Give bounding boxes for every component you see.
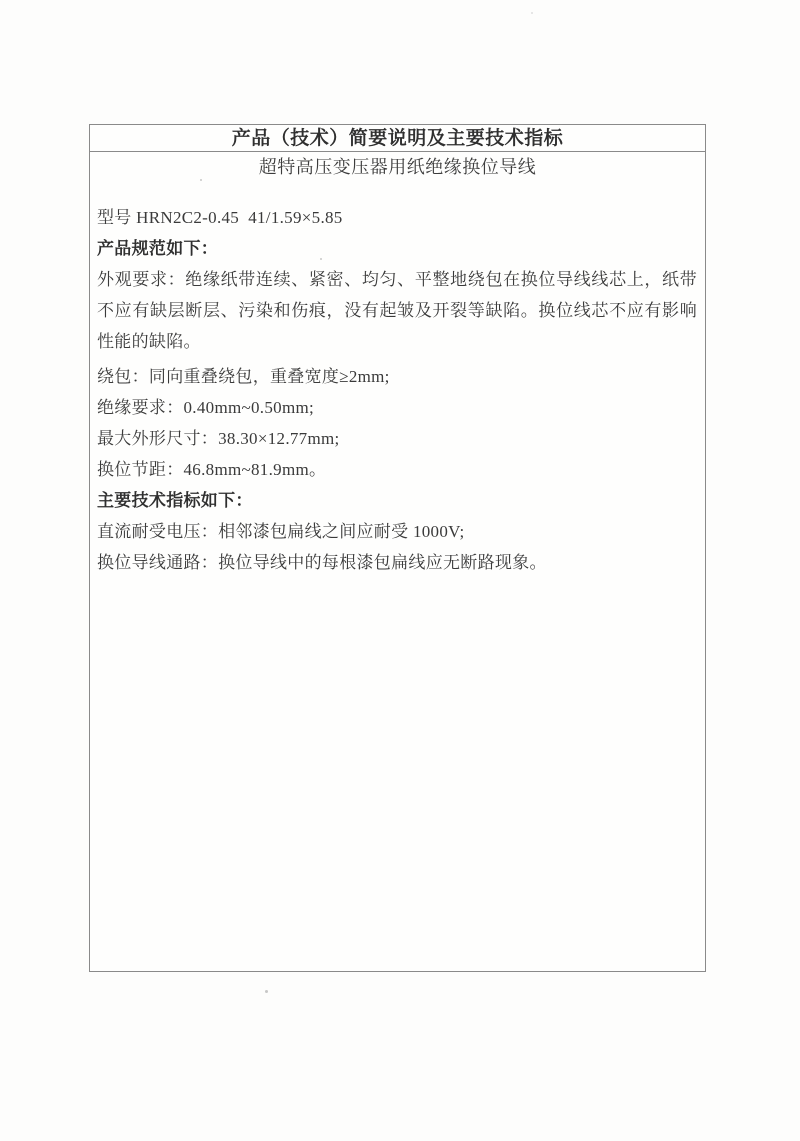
scan-speck <box>265 990 268 993</box>
spec-insulation-requirement: 绝缘要求：0.40mm~0.50mm; <box>97 392 697 423</box>
index-dc-withstand-voltage: 直流耐受电压：相邻漆包扁线之间应耐受 1000V; <box>97 516 697 547</box>
scanned-page: 产品（技术）简要说明及主要技术指标 超特高压变压器用纸绝缘换位导线 型号 HRN… <box>0 0 800 1141</box>
document-subtitle: 超特高压变压器用纸绝缘换位导线 <box>90 154 705 178</box>
section-heading-tech-index: 主要技术指标如下： <box>97 485 697 516</box>
model-line: 型号 HRN2C2-0.45 41/1.59×5.85 <box>97 202 697 233</box>
document-frame: 产品（技术）简要说明及主要技术指标 超特高压变压器用纸绝缘换位导线 型号 HRN… <box>89 124 706 972</box>
document-title-row: 产品（技术）简要说明及主要技术指标 <box>90 125 705 152</box>
section-heading-product-spec: 产品规范如下： <box>97 233 697 264</box>
spec-transposition-pitch: 换位节距：46.8mm~81.9mm。 <box>97 454 697 485</box>
document-body: 型号 HRN2C2-0.45 41/1.59×5.85 产品规范如下： 外观要求… <box>90 178 705 578</box>
scan-speck <box>200 179 202 181</box>
scan-speck <box>531 12 533 14</box>
spec-appearance-requirement: 外观要求：绝缘纸带连续、紧密、均匀、平整地绕包在换位导线线芯上，纸带不应有缺层断… <box>97 264 697 357</box>
spec-wrapping: 绕包：同向重叠绕包，重叠宽度≥2mm; <box>97 361 697 392</box>
document-title: 产品（技术）简要说明及主要技术指标 <box>232 128 564 148</box>
index-conductor-continuity: 换位导线通路：换位导线中的每根漆包扁线应无断路现象。 <box>97 547 697 578</box>
scan-speck <box>320 258 322 260</box>
spec-max-dimension: 最大外形尺寸：38.30×12.77mm; <box>97 423 697 454</box>
